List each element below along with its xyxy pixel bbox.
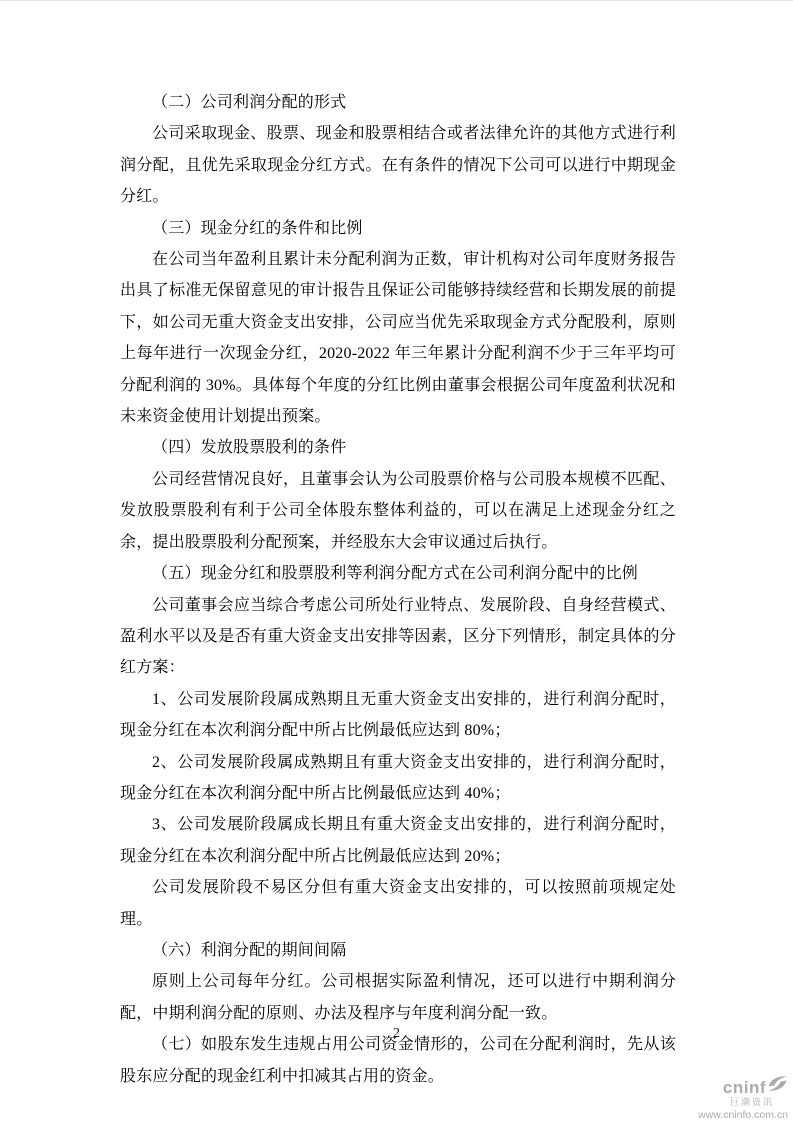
document-body: （二）公司利润分配的形式公司采取现金、股票、现金和股票相结合或者法律允许的其他方… xyxy=(120,87,676,1092)
paragraph: 公司采取现金、股票、现金和股票相结合或者法律允许的其他方式进行利润分配，且优先采… xyxy=(120,118,676,212)
paragraph: 2、公司发展阶段属成熟期且有重大资金支出安排的，进行利润分配时，现金分红在本次利… xyxy=(120,747,676,810)
cninfo-logo: cninf 巨潮资讯 www.cninfo.com.cn xyxy=(698,1074,788,1121)
section-heading: （二）公司利润分配的形式 xyxy=(120,87,676,118)
section-heading: （五）现金分红和股票股利等利润分配方式在公司利润分配中的比例 xyxy=(120,558,676,589)
paragraph: 公司发展阶段不易区分但有重大资金支出安排的，可以按照前项规定处理。 xyxy=(120,872,676,935)
page-top-border xyxy=(0,0,793,1)
paragraph: 3、公司发展阶段属成长期且有重大资金支出安排的，进行利润分配时，现金分红在本次利… xyxy=(120,809,676,872)
cninfo-logo-brand-text: cninf xyxy=(723,1079,766,1096)
section-heading: （三）现金分红的条件和比例 xyxy=(120,213,676,244)
paragraph: 1、公司发展阶段属成熟期且无重大资金支出安排的，进行利润分配时，现金分红在本次利… xyxy=(120,684,676,747)
cninfo-logo-url: www.cninfo.com.cn xyxy=(698,1110,788,1121)
paragraph: 公司董事会应当综合考虑公司所处行业特点、发展阶段、自身经营模式、盈利水平以及是否… xyxy=(120,590,676,684)
section-heading: （六）利润分配的期间间隔 xyxy=(120,935,676,966)
cninfo-logo-chinese-name: 巨潮资讯 xyxy=(698,1098,774,1107)
section-heading: （四）发放股票股利的条件 xyxy=(120,432,676,463)
paragraph: 在公司当年盈利且累计未分配利润为正数，审计机构对公司年度财务报告出具了标准无保留… xyxy=(120,244,676,432)
page-number: 2 xyxy=(0,1026,793,1042)
paragraph: 公司经营情况良好，且董事会认为公司股票价格与公司股本规模不匹配、发放股票股利有利… xyxy=(120,464,676,558)
paragraph: 原则上公司每年分红。公司根据实际盈利情况，还可以进行中期利润分配，中期利润分配的… xyxy=(120,966,676,1029)
cninfo-swirl-icon xyxy=(767,1074,788,1097)
cninfo-logo-brand-row: cninf xyxy=(698,1074,788,1096)
